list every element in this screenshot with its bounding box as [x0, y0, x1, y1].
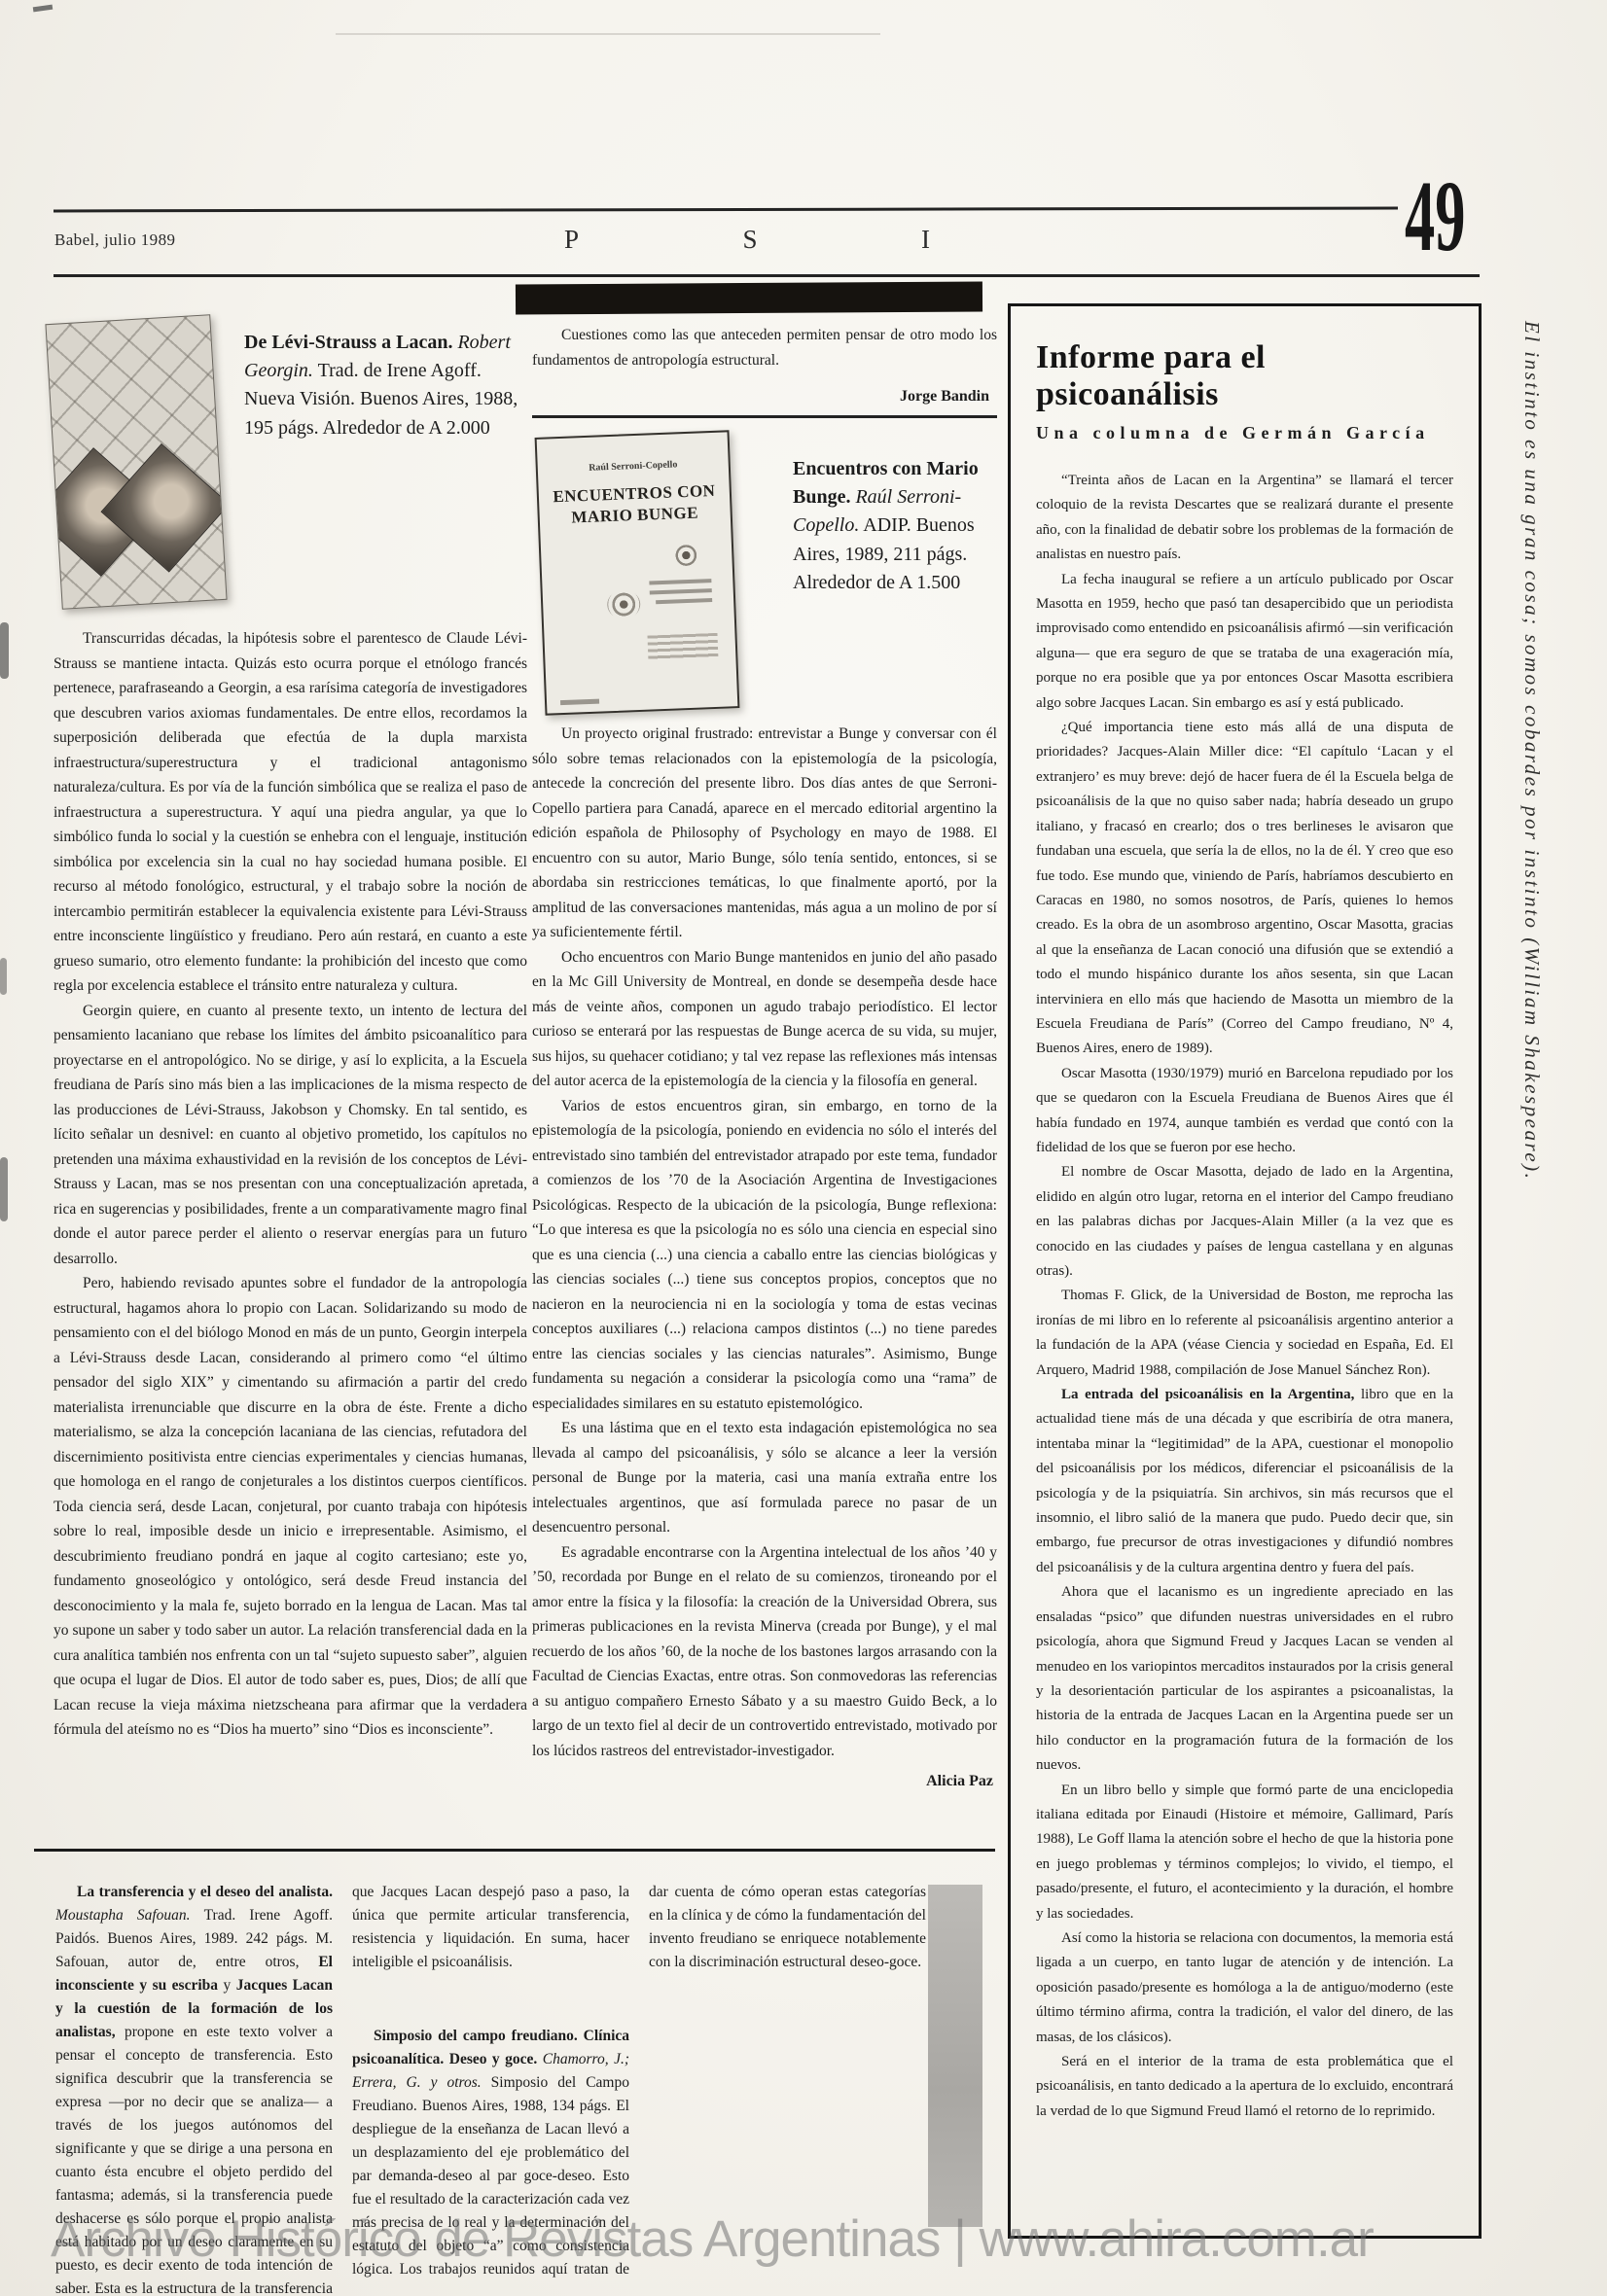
- paragraph: El nombre de Oscar Masotta, dejado de la…: [1036, 1160, 1453, 1284]
- page-number: 49: [1405, 171, 1465, 263]
- watermark: Archivo Histórico de Revistas Argentinas…: [51, 2209, 1588, 2269]
- paragraph-text: Oscar Masotta (1930/1979) murió en Barce…: [1036, 1066, 1453, 1155]
- magazine-page: Babel, julio 1989 P S I 49 De Lévi-Strau…: [0, 0, 1607, 2296]
- byline-alicia-paz: Alicia Paz: [532, 1773, 997, 1790]
- paragraph: Transcurridas décadas, la hipótesis sobr…: [54, 626, 527, 999]
- paragraph: Georgin quiere, en cuanto al presente te…: [54, 999, 527, 1272]
- header-rule-bottom: [54, 274, 1480, 277]
- review-head-author: Moustapha Safouan.: [55, 1907, 204, 1924]
- left-column: De Lévi-Strauss a Lacan. Robert Georgin.…: [54, 309, 527, 1743]
- middle-column: Cuestiones como las que anteceden permit…: [532, 323, 997, 1790]
- paragraph-text: En un libro bello y simple que formó par…: [1036, 1783, 1453, 1922]
- section-letter-i: I: [921, 225, 930, 255]
- cover-title: ENCUENTROS CON MARIO BUNGE: [539, 479, 732, 530]
- column-article-paragraphs: “Treinta años de Lacan en la Argentina” …: [1036, 469, 1453, 2124]
- scan-artifact: [336, 33, 880, 35]
- paragraph-bold-lead: La entrada del psicoanálisis en la Argen…: [1061, 1387, 1354, 1402]
- paragraph: Un proyecto original frustrado: entrevis…: [532, 722, 997, 945]
- paragraph-text: Thomas F. Glick, de la Universidad de Bo…: [1036, 1288, 1453, 1377]
- byline-jorge-bandin: Jorge Bandin: [532, 388, 989, 406]
- section-title-psi: P S I: [564, 225, 930, 255]
- paragraph: Varios de estos encuentros giran, sin em…: [532, 1094, 997, 1417]
- margin-quote: El instinto es una gran cosa; somos coba…: [1519, 321, 1544, 1994]
- paragraph: Es una lástima que en el texto esta inda…: [532, 1416, 997, 1540]
- cover-decoration: [650, 588, 712, 594]
- paragraph-text: “Treinta años de Lacan en la Argentina” …: [1036, 473, 1453, 562]
- cover-eye-illustration: [673, 543, 699, 569]
- paragraph: Ahora que el lacanismo es un ingrediente…: [1036, 1580, 1453, 1778]
- paragraph-text: La fecha inaugural se refiere a un artíc…: [1036, 572, 1453, 711]
- article-title: Informe para el psicoanálisis: [1036, 339, 1453, 413]
- article-subtitle: Una columna de Germán García: [1036, 423, 1453, 443]
- header-rule-top: [54, 207, 1398, 213]
- paragraph: Thomas F. Glick, de la Universidad de Bo…: [1036, 1284, 1453, 1383]
- review-head-title: La transferencia y el deseo del analista…: [77, 1884, 333, 1900]
- bunge-book-row: Raúl Serroni-Copello ENCUENTROS CON MARI…: [532, 430, 997, 722]
- section-letter-p: P: [564, 225, 579, 255]
- paragraph-text: Un proyecto original frustrado: entrevis…: [532, 725, 997, 940]
- paragraph: ¿Qué importancia tiene esto más allá de …: [1036, 716, 1453, 1062]
- paragraph: La entrada del psicoanálisis en la Argen…: [1036, 1383, 1453, 1580]
- cover-author: Raúl Serroni-Copello: [538, 457, 729, 476]
- paragraph: Será en el interior de la trama de esta …: [1036, 2050, 1453, 2124]
- paragraph-text: ¿Qué importancia tiene esto más allá de …: [1036, 720, 1453, 1056]
- paragraph: Así como la historia se relaciona con do…: [1036, 1926, 1453, 2050]
- paragraph: La fecha inaugural se refiere a un artíc…: [1036, 568, 1453, 716]
- book-citation-bunge: Encuentros con Mario Bunge. Raúl Serroni…: [793, 455, 995, 597]
- scan-artifact: [0, 622, 9, 679]
- scan-artifact-strip: [928, 1885, 982, 2227]
- review-body: y: [223, 1977, 235, 1994]
- header-black-bar: [516, 282, 982, 315]
- column-rule: [532, 415, 997, 418]
- scan-artifact: [0, 1157, 8, 1221]
- cover-decoration: [560, 699, 599, 706]
- scan-artifact: [33, 5, 54, 13]
- paragraph-text: Es agradable encontrarse con la Argentin…: [532, 1544, 997, 1759]
- paragraph-text: Es una lástima que en el texto esta inda…: [532, 1420, 997, 1536]
- column-article-box: Informe para el psicoanálisis Una column…: [1008, 303, 1482, 2239]
- book-cover-levi-strauss-a-lacan: [45, 314, 227, 610]
- paragraph-text: Ocho encuentros con Mario Bunge mantenid…: [532, 949, 997, 1090]
- book-citation-levi: De Lévi-Strauss a Lacan. Robert Georgin.…: [244, 329, 526, 442]
- paragraph-text: Ahora que el lacanismo es un ingrediente…: [1036, 1584, 1453, 1773]
- paragraph: “Treinta años de Lacan en la Argentina” …: [1036, 469, 1453, 568]
- paragraph-text: El nombre de Oscar Masotta, dejado de la…: [1036, 1164, 1453, 1279]
- paragraph-text: Pero, habiendo revisado apuntes sobre el…: [54, 1275, 527, 1738]
- paragraph: Es agradable encontrarse con la Argentin…: [532, 1540, 997, 1764]
- citation-title: De Lévi-Strauss a Lacan.: [244, 332, 452, 353]
- paragraph: Pero, habiendo revisado apuntes sobre el…: [54, 1271, 527, 1743]
- levi-review-paragraphs: Transcurridas décadas, la hipótesis sobr…: [54, 626, 527, 1743]
- cover-decoration: [649, 579, 711, 584]
- book-cover-encuentros-con-mario-bunge: Raúl Serroni-Copello ENCUENTROS CON MARI…: [535, 430, 740, 715]
- paragraph: Ocho encuentros con Mario Bunge mantenid…: [532, 945, 997, 1094]
- masthead: Babel, julio 1989: [54, 230, 175, 250]
- paragraph-text: Varios de estos encuentros giran, sin em…: [532, 1098, 997, 1412]
- scan-artifact: [0, 958, 7, 995]
- cover-decoration: [647, 633, 718, 661]
- section-letter-s: S: [743, 225, 758, 255]
- paragraph-text: Transcurridas décadas, la hipótesis sobr…: [54, 630, 527, 994]
- cover-decoration: [656, 598, 712, 604]
- bunge-review-paragraphs: Un proyecto original frustrado: entrevis…: [532, 722, 997, 1763]
- paragraph: En un libro bello y simple que formó par…: [1036, 1779, 1453, 1926]
- cover-swirl-illustration: [607, 589, 641, 619]
- paragraph-text: Será en el interior de la trama de esta …: [1036, 2054, 1453, 2119]
- levi-review-closing: Cuestiones como las que anteceden permit…: [532, 323, 997, 372]
- paragraph-text: libro que en la actualidad tiene más de …: [1036, 1387, 1453, 1575]
- paragraph: Oscar Masotta (1930/1979) murió en Barce…: [1036, 1062, 1453, 1161]
- paragraph-text: Georgin quiere, en cuanto al presente te…: [54, 1003, 527, 1267]
- section-divider-rule: [34, 1849, 995, 1852]
- levi-book-row: De Lévi-Strauss a Lacan. Robert Georgin.…: [54, 309, 527, 626]
- paragraph-text: Así como la historia se relaciona con do…: [1036, 1930, 1453, 2045]
